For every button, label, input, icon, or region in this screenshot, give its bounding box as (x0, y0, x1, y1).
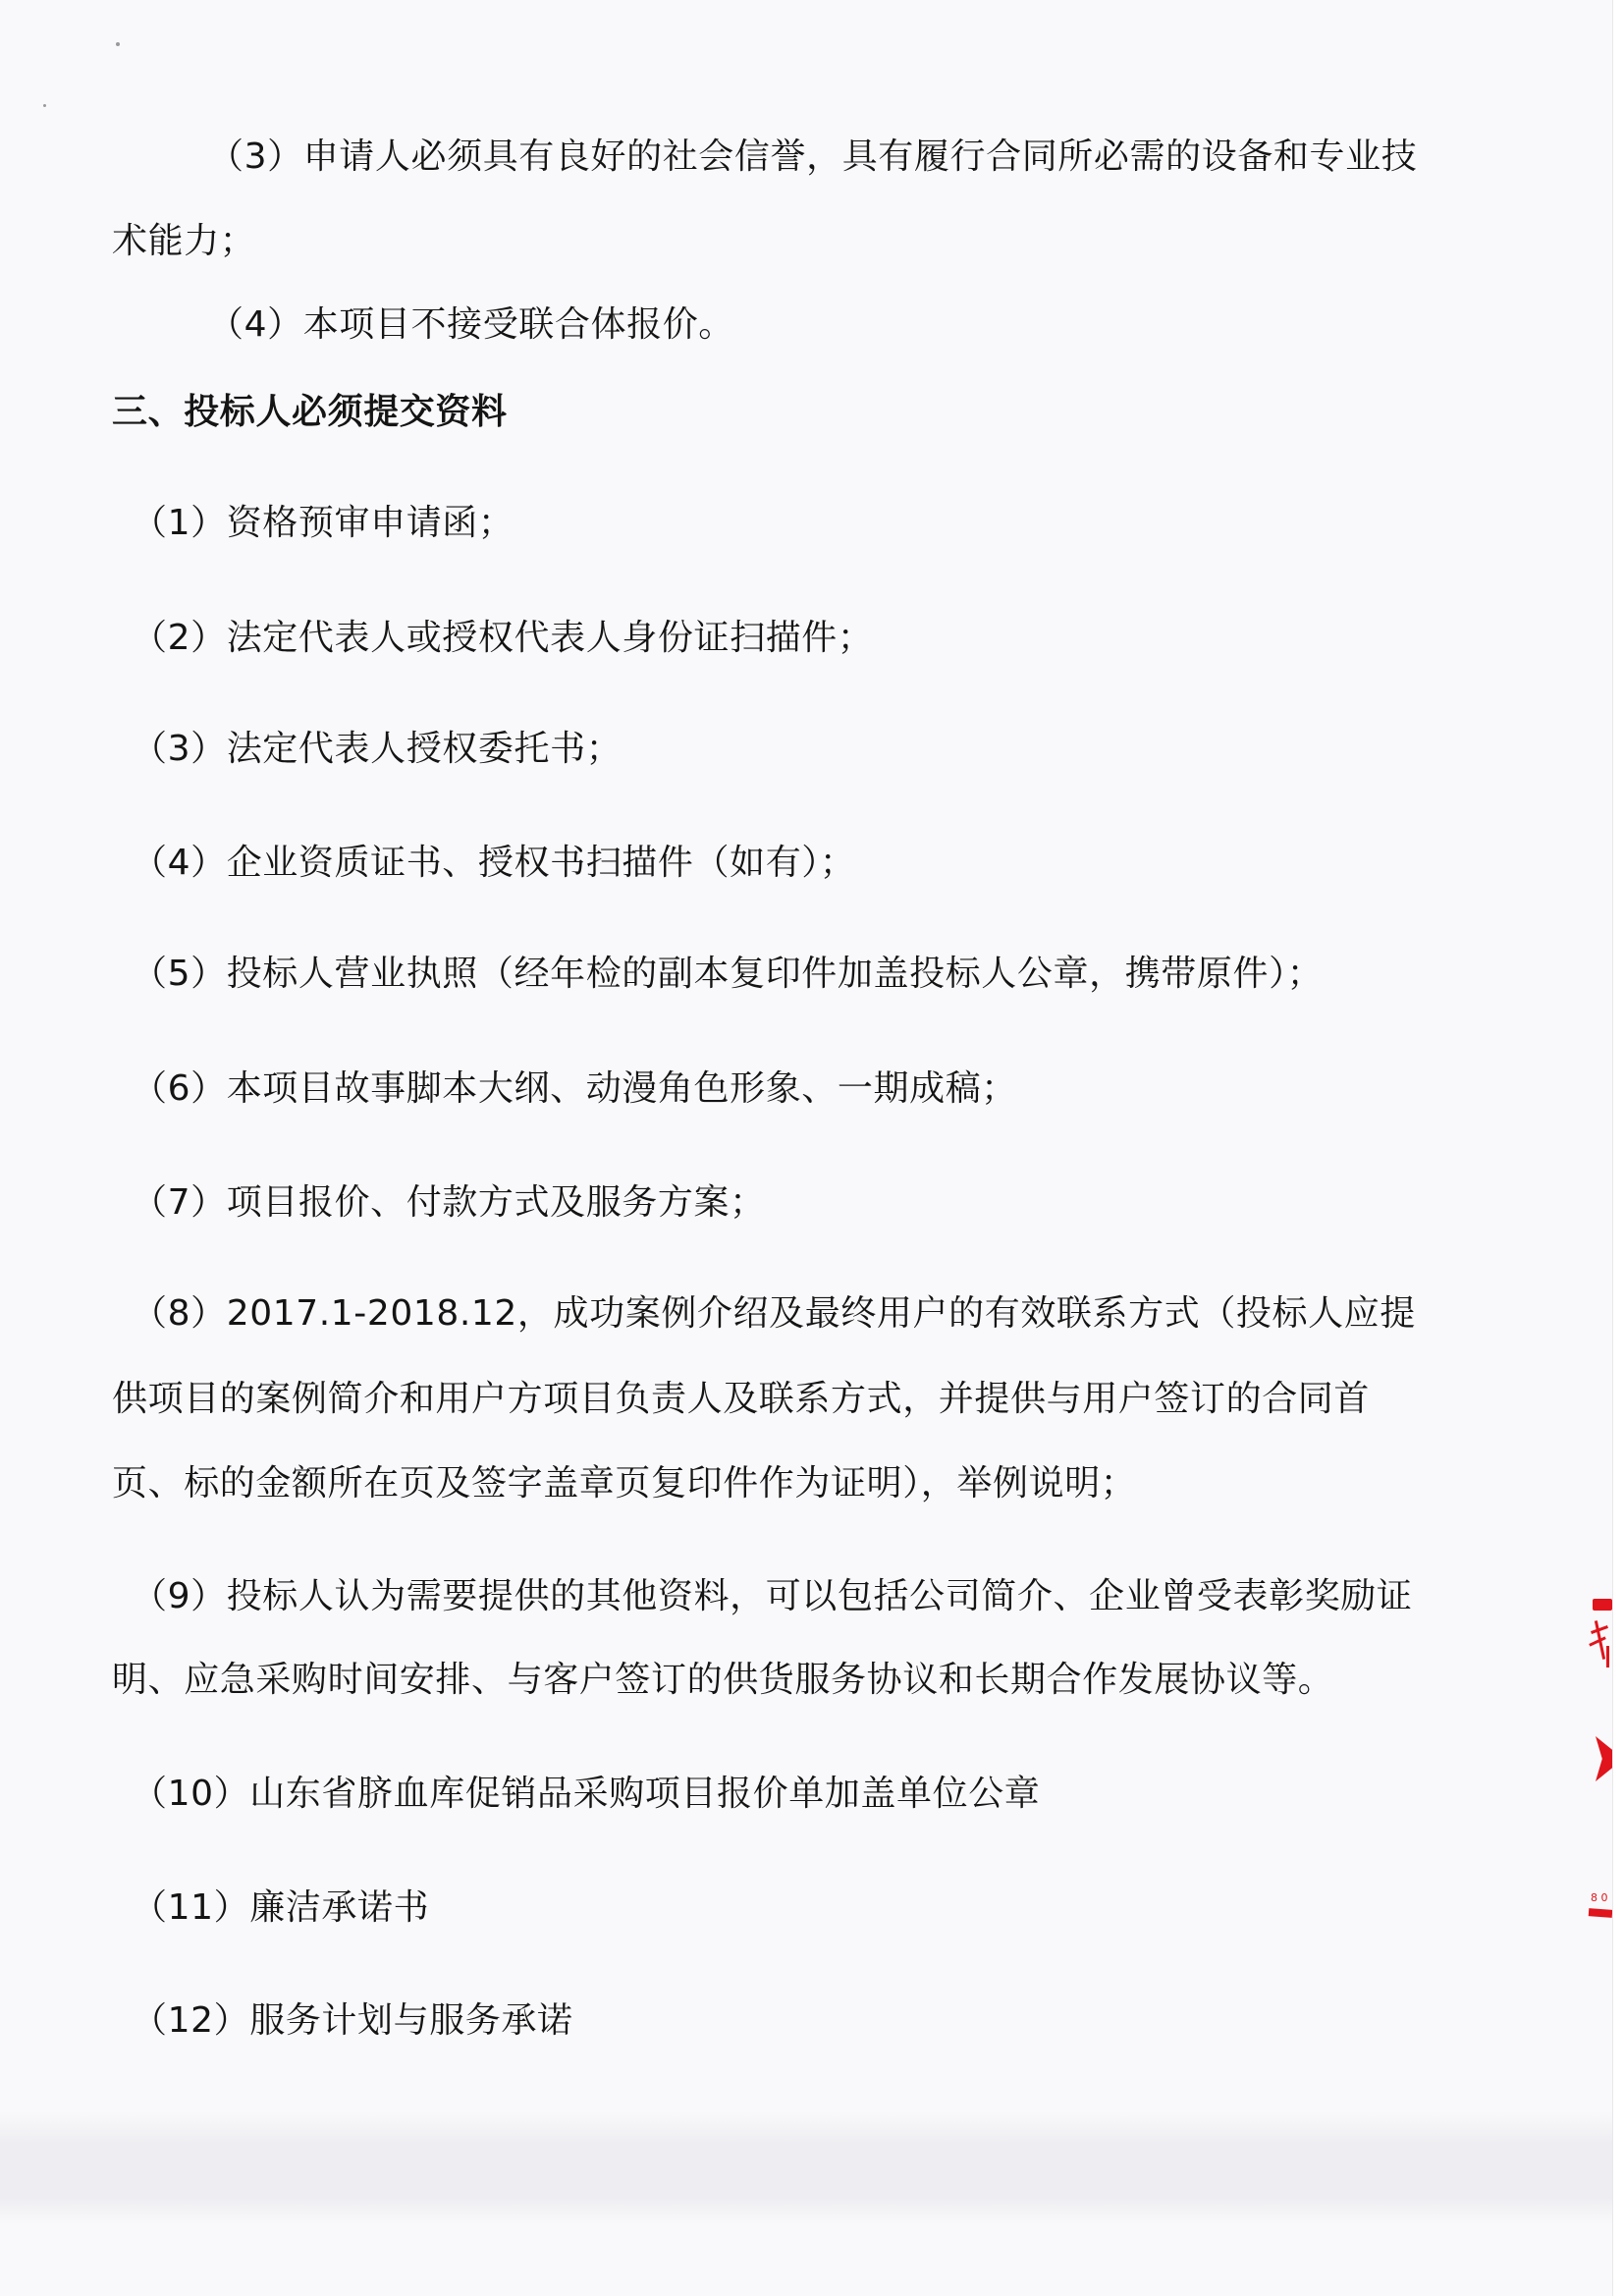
section-heading: 三、投标人必须提交资料 (112, 388, 508, 437)
stamp-stroke (1589, 1908, 1612, 1918)
stamp-stroke (1606, 1646, 1609, 1667)
submission-item-5: （5）投标人营业执照（经年检的副本复印件加盖投标人公章，携带原件）； (132, 950, 1323, 999)
submission-item-6: （6）本项目故事脚本大纲、动漫角色形象、一期成稿； (132, 1065, 1017, 1114)
scan-speck (43, 104, 46, 107)
submission-item-9-line-1: （9）投标人认为需要提供的其他资料，可以包括公司简介、企业曾受表彰奖励证 (132, 1572, 1413, 1621)
submission-item-9-line-2: 明、应急采购时间安排、与客户签订的供货服务协议和长期合作发展协议等。 (112, 1656, 1333, 1705)
submission-item-10: （10）山东省脐血库促销品采购项目报价单加盖单位公章 (132, 1770, 1040, 1819)
submission-item-4: （4）企业资质证书、授权书扫描件（如有）； (132, 839, 856, 888)
scan-shading-band (0, 2111, 1612, 2224)
qualification-item-4: （4）本项目不接受联合体报价。 (208, 301, 734, 350)
stamp-stroke (1593, 1599, 1612, 1611)
scan-speck (116, 42, 120, 46)
submission-item-8-line-1: （8）2017.1-2018.12，成功案例介绍及最终用户的有效联系方式（投标人… (132, 1289, 1416, 1339)
submission-item-11: （11）廉洁承诺书 (132, 1884, 429, 1933)
submission-item-8-line-3: 页、标的金额所在页及签字盖章页复印件作为证明），举例说明； (112, 1459, 1136, 1508)
submission-item-1: （1）资格预审申请函； (132, 499, 514, 548)
submission-item-8-line-2: 供项目的案例简介和用户方项目负责人及联系方式，并提供与用户签订的合同首 (112, 1375, 1370, 1424)
stamp-text-fragment: 8 0 (1591, 1891, 1608, 1904)
submission-item-3: （3）法定代表人授权委托书； (132, 725, 622, 774)
submission-item-2: （2）法定代表人或授权代表人身份证扫描件； (132, 614, 874, 663)
qualification-item-3-line-2: 术能力； (112, 217, 255, 266)
qualification-item-3-line-1: （3）申请人必须具有良好的社会信誉，具有履行合同所必需的设备和专业技 (208, 133, 1417, 182)
stamp-wedge (1596, 1736, 1612, 1781)
submission-item-7: （7）项目报价、付款方式及服务方案； (132, 1178, 766, 1228)
page-edge-strip (1612, 0, 1624, 2296)
document-page: （3）申请人必须具有良好的社会信誉，具有履行合同所必需的设备和专业技 术能力； … (0, 0, 1612, 2296)
submission-item-12: （12）服务计划与服务承诺 (132, 1996, 573, 2046)
